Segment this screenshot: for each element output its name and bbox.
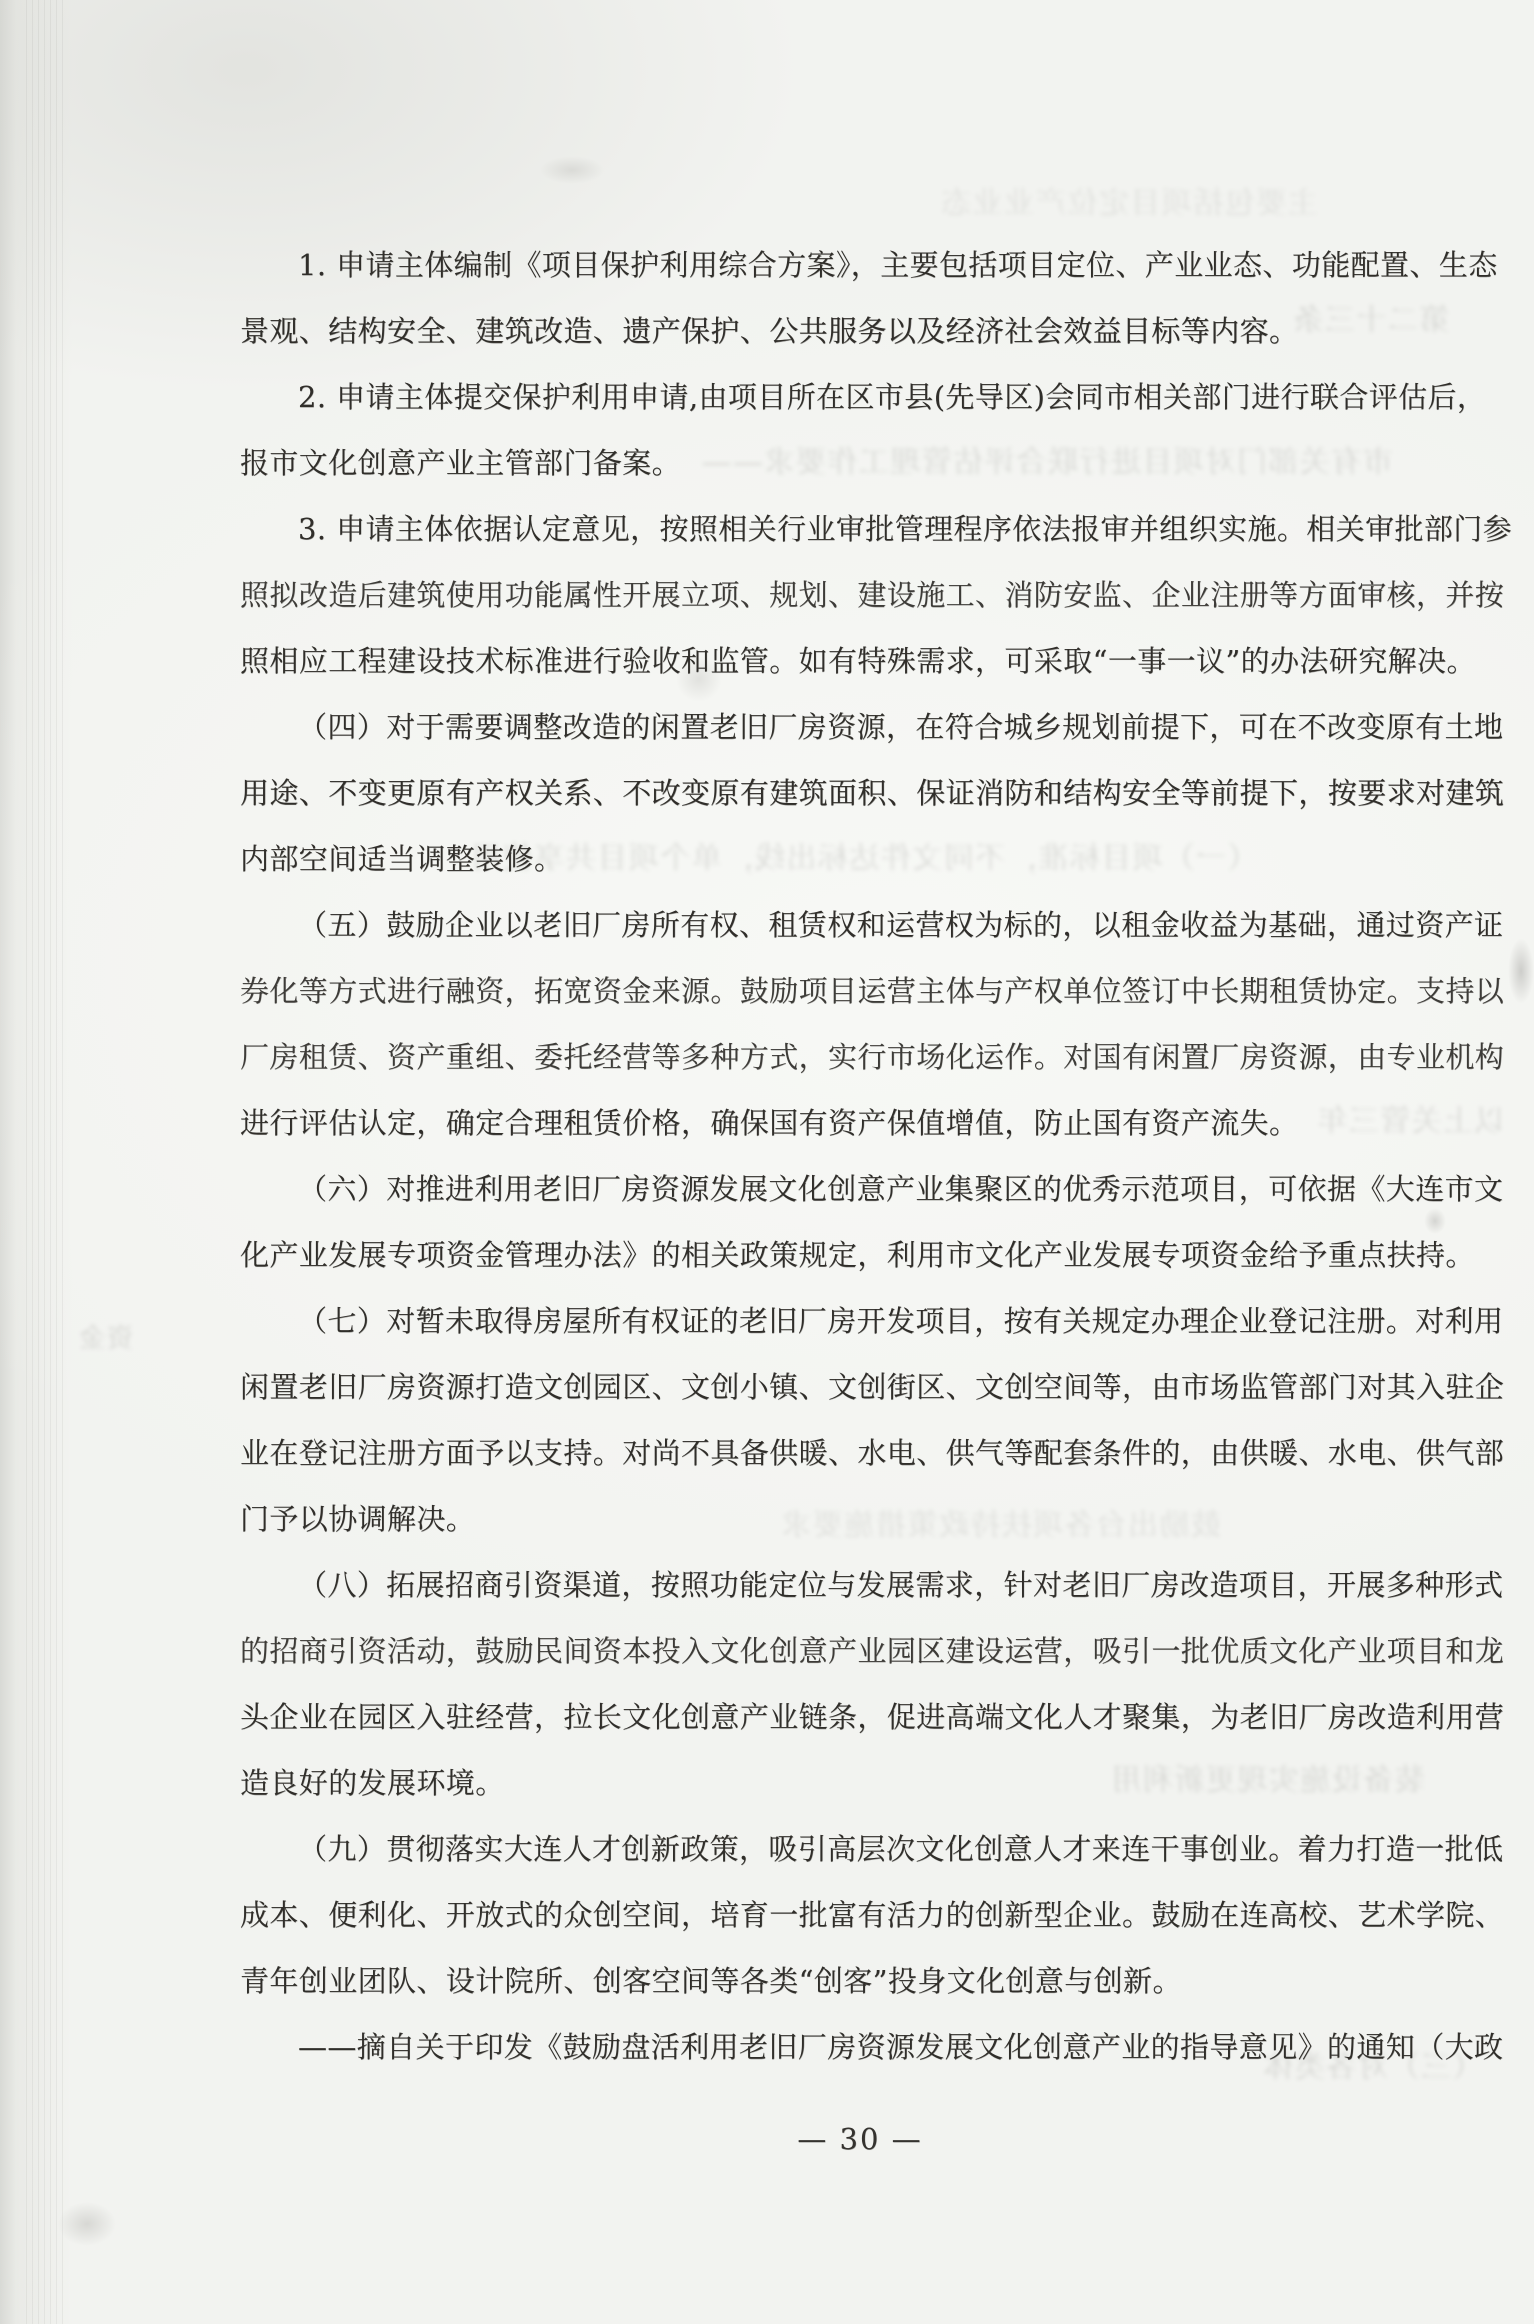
text-line: 券化等方式进行融资，拓宽资金来源。鼓励项目运营主体与产权单位签订中长期租赁协定。… (240, 958, 1480, 1024)
scan-smudge (540, 156, 604, 184)
text-line: 的招商引资活动，鼓励民间资本投入文化创意产业园区建设运营，吸引一批优质文化产业项… (240, 1618, 1480, 1684)
text-line: 化产业发展专项资金管理办法》的相关政策规定，利用市文化产业发展专项资金给予重点扶… (240, 1222, 1480, 1288)
text-line: 2. 申请主体提交保护利用申请,由项目所在区市县(先导区)会同市相关部门进行联合… (240, 364, 1480, 430)
text-line: 用途、不变更原有产权关系、不改变原有建筑面积、保证消防和结构安全等前提下，按要求… (240, 760, 1480, 826)
document-body: 1. 申请主体编制《项目保护利用综合方案》，主要包括项目定位、产业业态、功能配置… (240, 232, 1480, 2080)
left-edge-shading (26, 0, 68, 2324)
scan-smudge (1508, 938, 1534, 1004)
text-line: （九）贯彻落实大连人才创新政策，吸引高层次文化创意人才来连干事创业。着力打造一批… (240, 1816, 1480, 1882)
text-line: 照拟改造后建筑使用功能属性开展立项、规划、建设施工、消防安监、企业注册等方面审核… (240, 562, 1480, 628)
text-line: 3. 申请主体依据认定意见，按照相关行业审批管理程序依法报审并组织实施。相关审批… (240, 496, 1480, 562)
text-line: 门予以协调解决。 (240, 1486, 1480, 1552)
text-line: 照相应工程建设技术标准进行验收和监管。如有特殊需求，可采取“一事一议”的办法研究… (240, 628, 1480, 694)
text-line: 1. 申请主体编制《项目保护利用综合方案》，主要包括项目定位、产业业态、功能配置… (240, 232, 1480, 298)
text-line: （八）拓展招商引资渠道，按照功能定位与发展需求，针对老旧厂房改造项目，开展多种形… (240, 1552, 1480, 1618)
text-line: 景观、结构安全、建筑改造、遗产保护、公共服务以及经济社会效益目标等内容。 (240, 298, 1480, 364)
text-line: 成本、便利化、开放式的众创空间，培育一批富有活力的创新型企业。鼓励在连高校、艺术… (240, 1882, 1480, 1948)
text-line: ——摘自关于印发《鼓励盘活利用老旧厂房资源发展文化创意产业的指导意见》的通知（大… (240, 2014, 1480, 2080)
text-line: 造良好的发展环境。 (240, 1750, 1480, 1816)
scanned-page: 主要包括项目定位产业业态 第二十三条 市有关部门对项目进行联合评估管理工作要求—… (0, 0, 1534, 2324)
text-line: （五）鼓励企业以老旧厂房所有权、租赁权和运营权为标的，以租金收益为基础，通过资产… (240, 892, 1480, 958)
text-line: （四）对于需要调整改造的闲置老旧厂房资源，在符合城乡规划前提下，可在不改变原有土… (240, 694, 1480, 760)
text-line: （七）对暂未取得房屋所有权证的老旧厂房开发项目，按有关规定办理企业登记注册。对利… (240, 1288, 1480, 1354)
bleedthrough-text: 主要包括项目定位产业业态 (940, 178, 1318, 222)
page-number: — 30 — (240, 2122, 1480, 2156)
text-line: （六）对推进利用老旧厂房资源发展文化创意产业集聚区的优秀示范项目，可依据《大连市… (240, 1156, 1480, 1222)
text-line: 业在登记注册方面予以支持。对尚不具备供暖、水电、供气等配套条件的，由供暖、水电、… (240, 1420, 1480, 1486)
text-line: 青年创业团队、设计院所、创客空间等各类“创客”投身文化创意与创新。 (240, 1948, 1480, 2014)
text-line: 厂房租赁、资产重组、委托经营等多种方式，实行市场化运作。对国有闲置厂房资源，由专… (240, 1024, 1480, 1090)
text-line: 内部空间适当调整装修。 (240, 826, 1480, 892)
text-line: 头企业在园区入驻经营，拉长文化创意产业链条，促进高端文化人才聚集，为老旧厂房改造… (240, 1684, 1480, 1750)
text-line: 进行评估认定，确定合理租赁价格，确保国有资产保值增值，防止国有资产流失。 (240, 1090, 1480, 1156)
bleedthrough-text: 资金 (78, 1318, 133, 1355)
text-line: 闲置老旧厂房资源打造文创园区、文创小镇、文创街区、文创空间等，由市场监管部门对其… (240, 1354, 1480, 1420)
text-line: 报市文化创意产业主管部门备案。 (240, 430, 1480, 496)
